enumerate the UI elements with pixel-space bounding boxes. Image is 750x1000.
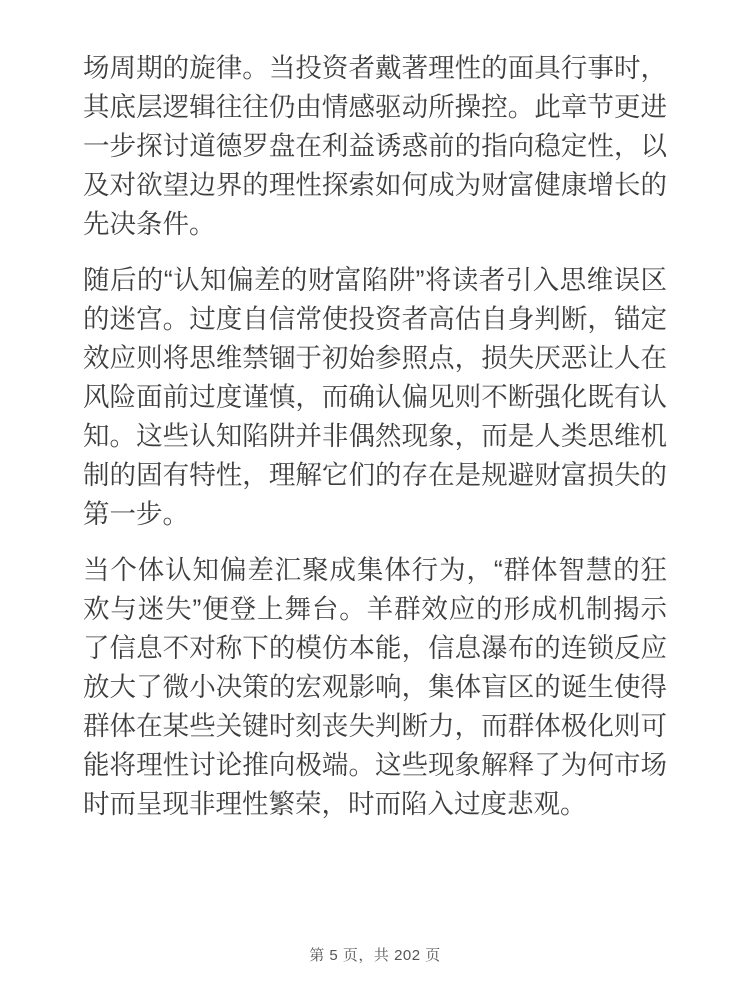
paragraph-market-cycle-rationality: 场周期的旋律。当投资者戴著理性的面具行事时，其底层逻辑往往仍由情感驱动所操控。此… (83, 49, 667, 244)
paragraph-cognitive-bias-traps: 随后的“认知偏差的财富陷阱”将读者引入思维误区的迷宫。过度自信常使投资者高估自身… (83, 261, 667, 534)
page-number-indicator: 第 5 页，共 202 页 (309, 947, 441, 964)
page-footer: 第 5 页，共 202 页 (0, 944, 750, 965)
paragraph-collective-behavior: 当个体认知偏差汇聚成集体行为，“群体智慧的狂欢与迷失”便登上舞台。羊群效应的形成… (83, 551, 667, 824)
document-body-text: 场周期的旋律。当投资者戴著理性的面具行事时，其底层逻辑往往仍由情感驱动所操控。此… (83, 49, 667, 841)
document-page: 场周期的旋律。当投资者戴著理性的面具行事时，其底层逻辑往往仍由情感驱动所操控。此… (0, 0, 750, 1000)
